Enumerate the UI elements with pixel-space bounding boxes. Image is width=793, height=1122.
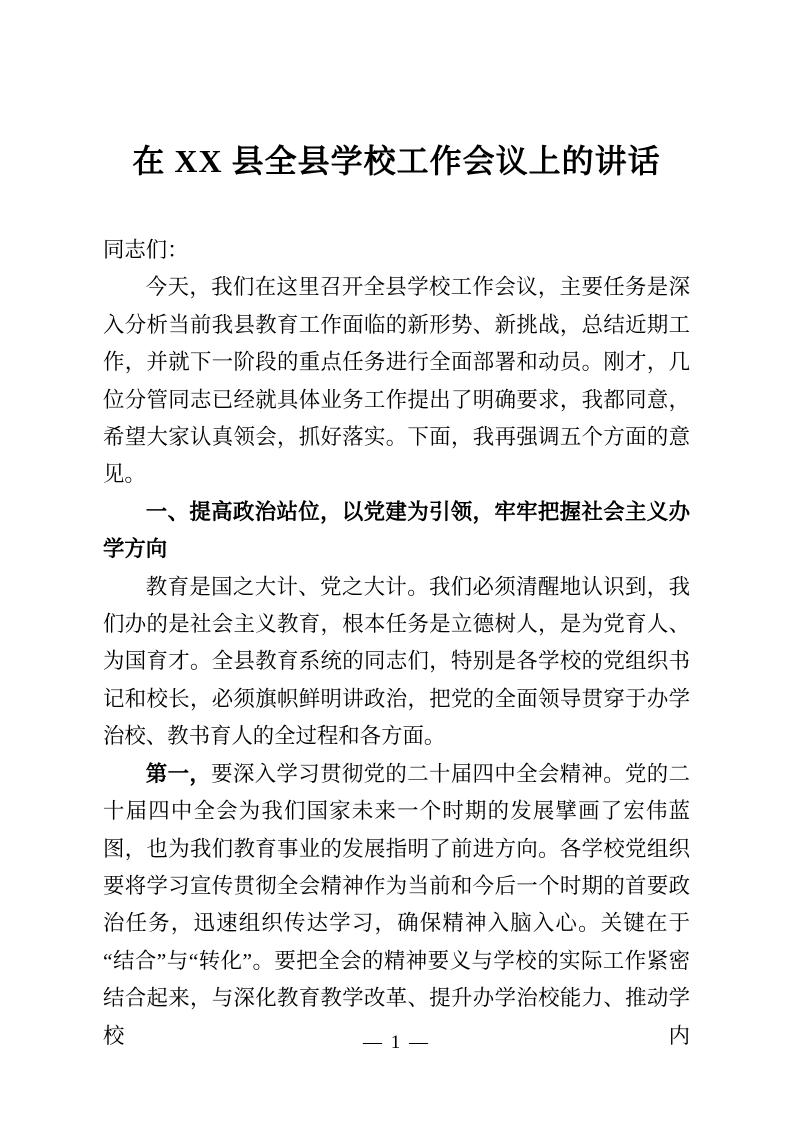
paragraph-section-1: 教育是国之大计、党之大计。我们必须清醒地认识到，我们办的是社会主义教育，根本任务… [103,569,690,756]
page-number: — 1 — [363,1032,430,1053]
point-1-lead: 第一， [146,762,211,786]
page-footer: — 1 — [0,1031,793,1055]
document-body: 同志们： 今天，我们在这里召开全县学校工作会议，主要任务是深入分析当前我县教育工… [103,232,690,1055]
document-page: 在 XX 县全县学校工作会议上的讲话 同志们： 今天，我们在这里召开全县学校工作… [0,0,793,1122]
section-heading-1: 一、提高政治站位，以党建为引领，牢牢把握社会主义办学方向 [103,494,690,569]
paragraph-point-1: 第一，要深入学习贯彻党的二十届四中全会精神。党的二十届四中全会为我们国家未来一个… [103,756,690,1055]
point-1-text: 要深入学习贯彻党的二十届四中全会精神。党的二十届四中全会为我们国家未来一个时期的… [103,762,690,1048]
salutation: 同志们： [103,232,690,269]
paragraph-intro: 今天，我们在这里召开全县学校工作会议，主要任务是深入分析当前我县教育工作面临的新… [103,269,690,493]
document-title: 在 XX 县全县学校工作会议上的讲话 [103,139,690,183]
